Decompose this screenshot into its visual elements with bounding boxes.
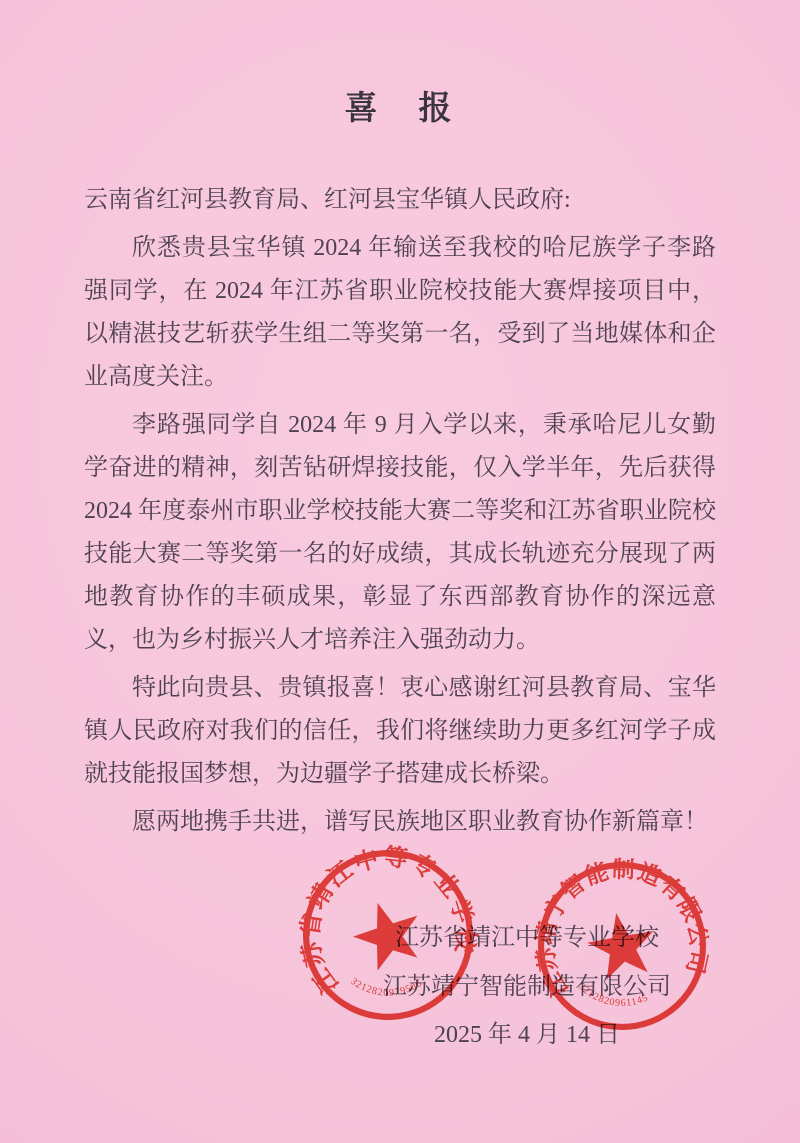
paragraph-2: 李路强同学自 2024 年 9 月入学以来，秉承哈尼儿女勤学奋进的精神，刻苦钻研… — [84, 404, 716, 662]
signature-school: 江苏省靖江中等专业学校 — [327, 914, 727, 963]
salutation: 云南省红河县教育局、红河县宝华镇人民政府: — [84, 179, 716, 222]
signature-block: 江苏省靖江中等专业学校 江苏靖宁智能制造有限公司 2025 年 4 月 14 日 — [327, 914, 727, 1058]
letter-body: 云南省红河县教育局、红河县宝华镇人民政府: 欣悉贵县宝华镇 2024 年输送至我… — [0, 179, 800, 844]
paragraph-4: 愿两地携手共进，谱写民族地区职业教育协作新篇章！ — [84, 801, 716, 844]
signature-company: 江苏靖宁智能制造有限公司 — [327, 963, 727, 1012]
page-title: 喜 报 — [0, 0, 800, 129]
paragraph-3: 特此向贵县、贵镇报喜！衷心感谢红河县教育局、宝华镇人民政府对我们的信任，我们将继… — [84, 667, 716, 796]
letter-page: 喜 报 云南省红河县教育局、红河县宝华镇人民政府: 欣悉贵县宝华镇 2024 年… — [0, 0, 800, 1143]
signature-date: 2025 年 4 月 14 日 — [327, 1012, 727, 1058]
paragraph-1: 欣悉贵县宝华镇 2024 年输送至我校的哈尼族学子李路强同学，在 2024 年江… — [84, 227, 716, 399]
